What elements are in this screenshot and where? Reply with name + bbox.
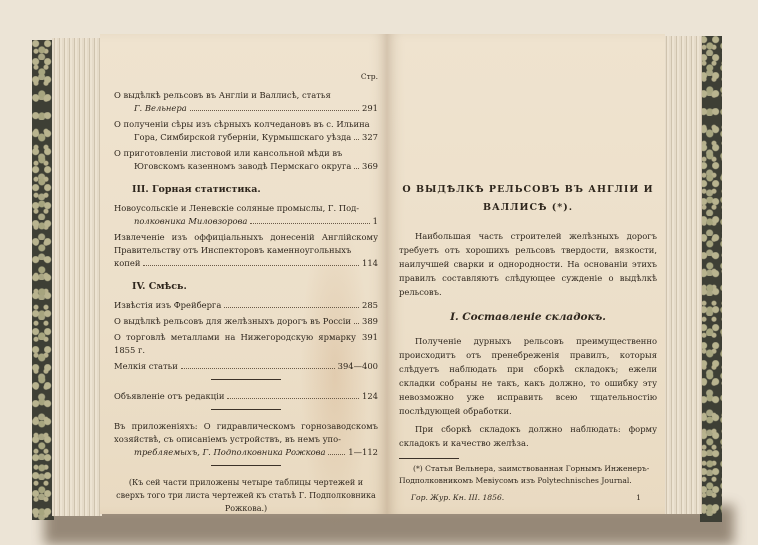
page-number: 114 <box>362 257 378 270</box>
toc-entry: Объявленіе отъ редакціи124 <box>114 390 378 403</box>
toc-entry: О приготовленіи листовой или кансольной … <box>114 147 378 173</box>
footnote: (*) Статья Вельнера, заимствованная Горн… <box>399 463 657 487</box>
intro-paragraph: Наибольшая часть строителей желѣзныхъ до… <box>399 229 657 299</box>
page-number: 369 <box>362 160 378 173</box>
toc-entry: Въ приложеніяхъ: О гидравлическомъ горно… <box>114 420 378 459</box>
article-title: О ВЫДѢЛКѢ РЕЛЬСОВЪ ВЪ АНГЛІИ И ВАЛЛИСѢ (… <box>399 181 657 217</box>
toc-entry: Новоусольскіе и Леневскіе соляные промыс… <box>114 202 378 228</box>
page-column-label: Стр. <box>114 70 378 83</box>
journal-reference: Гор. Жур. Кн. III. 1856. <box>411 491 504 504</box>
page-number: 389 <box>362 315 378 328</box>
appendix-note: (Къ сей части приложены четыре таблицы ч… <box>114 476 378 515</box>
toc-entry: Мелкія статьи394—400 <box>114 360 378 373</box>
table-of-contents: Стр. О выдѣлкѣ рельсовъ въ Англіи и Валл… <box>114 70 378 515</box>
left-cover-marbled <box>32 40 54 520</box>
divider <box>211 379 281 380</box>
divider <box>211 409 281 410</box>
left-page-edges <box>52 38 102 516</box>
paragraph: При сборкѣ складокъ должно наблюдать: фо… <box>399 422 657 450</box>
toc-entry: О выдѣлкѣ рельсовъ для желѣзныхъ дорогъ … <box>114 315 378 328</box>
left-page: Стр. О выдѣлкѣ рельсовъ въ Англіи и Валл… <box>100 34 387 514</box>
page-number: 1—112 <box>348 446 378 459</box>
signature-number: 1 <box>636 491 641 504</box>
toc-entry: Извлеченіе изъ оффиціальныхъ донесеній А… <box>114 231 378 270</box>
page-number: 285 <box>362 299 378 312</box>
page-number: 291 <box>362 102 378 115</box>
page-footer: Гор. Жур. Кн. III. 1856. 1 <box>399 491 657 504</box>
toc-entry: Извѣстія изъ Фрейберга285 <box>114 299 378 312</box>
page-number: 394—400 <box>338 360 378 373</box>
right-cover-marbled <box>700 36 722 522</box>
divider <box>211 465 281 466</box>
page-number: 124 <box>362 390 378 403</box>
right-page-edges <box>664 36 702 514</box>
right-page: О ВЫДѢЛКѢ РЕЛЬСОВЪ ВЪ АНГЛІИ И ВАЛЛИСѢ (… <box>387 34 665 514</box>
page-number: 1 <box>373 215 378 228</box>
toc-entry: О полученіи сѣры изъ сѣрныхъ колчедановъ… <box>114 118 378 144</box>
section-heading: IV. Смѣсь. <box>132 280 378 293</box>
page-number: 327 <box>362 131 378 144</box>
page-number: 391 <box>362 331 378 357</box>
section-heading: I. Составленіе складокъ. <box>399 311 657 324</box>
toc-entry: О торговлѣ металлами на Нижегородскую яр… <box>114 331 378 357</box>
toc-entry: О выдѣлкѣ рельсовъ въ Англіи и Валлисѣ, … <box>114 89 378 115</box>
footnote-divider <box>399 458 459 459</box>
article-body: О ВЫДѢЛКѢ РЕЛЬСОВЪ ВЪ АНГЛІИ И ВАЛЛИСѢ (… <box>399 181 657 504</box>
section-heading: III. Горная статистика. <box>132 183 378 196</box>
paragraph: Полученіе дурныхъ рельсовъ преимуществен… <box>399 334 657 418</box>
